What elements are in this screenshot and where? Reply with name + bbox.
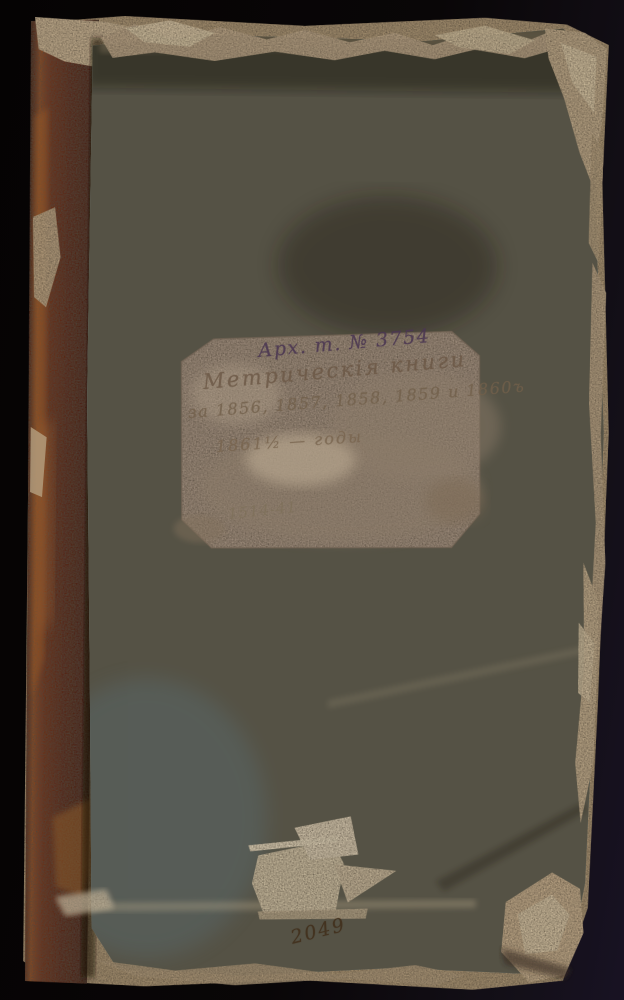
- book-cover-artwork: [0, 0, 624, 1000]
- photo-stage: Арх. т. № 3754 Метрическія книги за 1856…: [0, 0, 624, 1000]
